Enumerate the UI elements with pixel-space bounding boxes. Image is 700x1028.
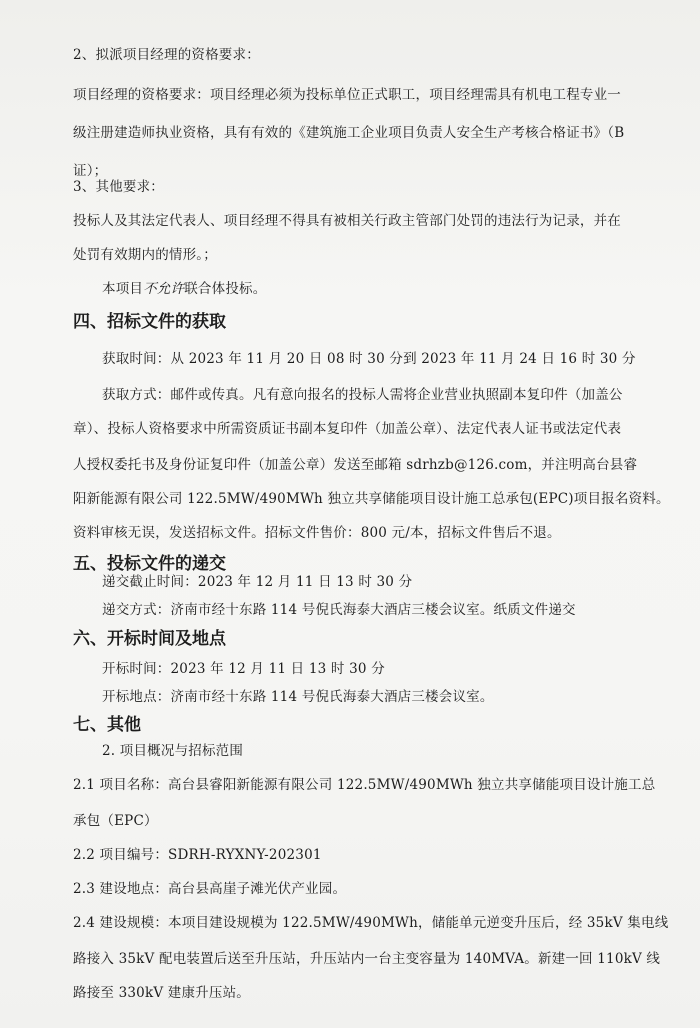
item2-body-line-1: 项目经理的资格要求：项目经理必须为投标单位正式职工，项目经理需具有机电工程专业一 bbox=[73, 86, 621, 104]
item2-title: 2、拟派项目经理的资格要求： bbox=[73, 46, 260, 64]
section7-item-5: 2.4 建设规模：本项目建设规模为 122.5MW/490MWh，储能单元逆变升… bbox=[73, 914, 668, 932]
section4-method-line-3: 人授权委托书及身份证复印件（加盖公章）发送至邮箱 sdrhzb@126.com，… bbox=[73, 456, 637, 474]
section4-method-line-1: 获取方式：邮件或传真。凡有意向报名的投标人需将企业营业执照副本复印件（加盖公 bbox=[102, 386, 623, 404]
section7-item-3: 2.2 项目编号：SDRH-RYXNY-202301 bbox=[73, 846, 322, 864]
section4-time: 获取时间：从 2023 年 11 月 20 日 08 时 30 分到 2023 … bbox=[102, 350, 636, 368]
consortium-emphasis: 不允许 bbox=[143, 281, 184, 297]
section5-method: 递交方式：济南市经十东路 114 号倪氏海泰大酒店三楼会议室。纸质文件递交 bbox=[102, 601, 576, 619]
section7-item-6: 路接入 35kV 配电装置后送至升压站，升压站内一台主变容量为 140MVA。新… bbox=[73, 950, 660, 968]
section7-item-1: 2.1 项目名称：高台县睿阳新能源有限公司 122.5MW/490MWh 独立共… bbox=[73, 776, 655, 794]
section7-item-2: 承包（EPC） bbox=[73, 812, 158, 830]
section4-method-line-4: 阳新能源有限公司 122.5MW/490MWh 独立共享储能项目设计施工总承包(… bbox=[73, 490, 670, 508]
section4-method-line-5: 资料审核无误，发送招标文件。招标文件售价：800 元/本，招标文件售后不退。 bbox=[73, 524, 561, 542]
section7-item-4: 2.3 建设地点：高台县高崖子滩光伏产业园。 bbox=[73, 880, 346, 898]
consortium-note: 本项目不允许联合体投标。 bbox=[102, 280, 266, 298]
document-page: 2、拟派项目经理的资格要求： 项目经理的资格要求：项目经理必须为投标单位正式职工… bbox=[0, 0, 700, 1028]
item3-body-line-1: 投标人及其法定代表人、项目经理不得具有被相关行政主管部门处罚的违法行为记录，并在 bbox=[73, 212, 621, 230]
section5-deadline: 递交截止时间：2023 年 12 月 11 日 13 时 30 分 bbox=[102, 573, 412, 591]
section6-heading: 六、开标时间及地点 bbox=[73, 628, 226, 650]
section4-heading: 四、招标文件的获取 bbox=[73, 311, 226, 333]
section7-subheading: 2. 项目概况与招标范围 bbox=[102, 742, 243, 760]
section6-place: 开标地点：济南市经十东路 114 号倪氏海泰大酒店三楼会议室。 bbox=[102, 688, 494, 706]
section4-method-line-2: 章）、投标人资格要求中所需资质证书副本复印件（加盖公章）、法定代表人证书或法定代… bbox=[73, 420, 621, 438]
item3-title: 3、其他要求： bbox=[73, 178, 164, 196]
section7-item-7: 路接至 330kV 建康升压站。 bbox=[73, 984, 250, 1002]
item3-body-line-2: 处罚有效期内的情形。； bbox=[73, 246, 217, 264]
consortium-suffix: 联合体投标。 bbox=[184, 281, 266, 297]
item2-body-line-2: 级注册建造师执业资格，具有有效的《建筑施工企业项目负责人安全生产考核合格证书》（… bbox=[73, 124, 624, 142]
section5-heading: 五、投标文件的递交 bbox=[73, 553, 226, 575]
consortium-prefix: 本项目 bbox=[102, 281, 143, 297]
section6-time: 开标时间：2023 年 12 月 11 日 13 时 30 分 bbox=[102, 660, 385, 678]
section7-heading: 七、其他 bbox=[73, 714, 141, 736]
